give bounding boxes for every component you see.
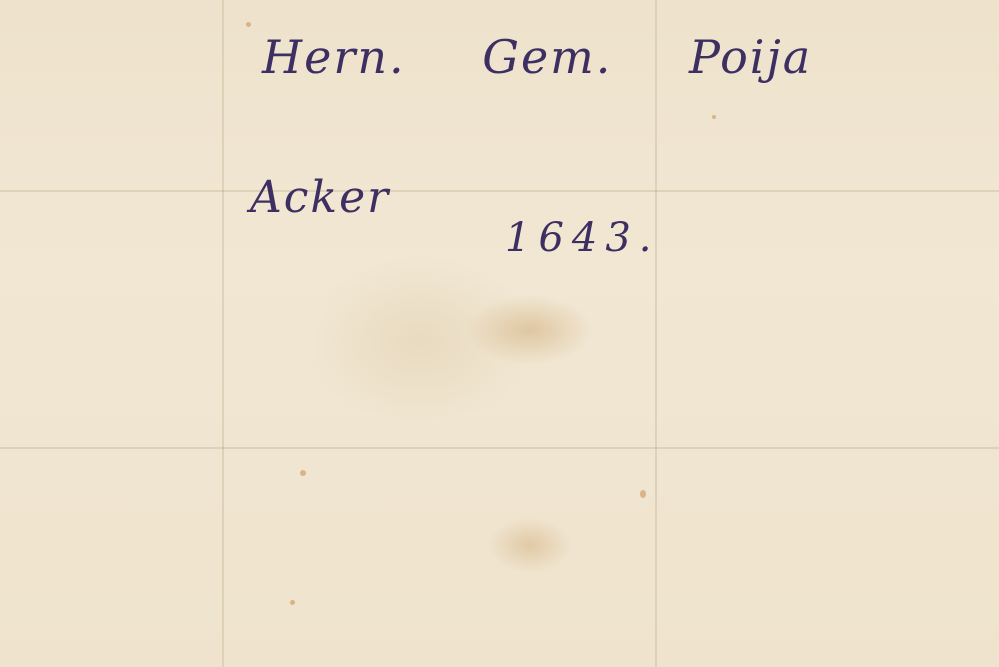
number-line: 1643. xyxy=(505,215,660,261)
fold-line xyxy=(0,447,999,449)
fold-line xyxy=(222,0,224,667)
stain-spot xyxy=(300,470,306,476)
stain-spot xyxy=(640,490,646,498)
fold-line xyxy=(0,190,999,192)
stain-spot xyxy=(712,115,716,119)
recipient-name: Hern. Gem. Poija xyxy=(262,30,812,84)
fold-line xyxy=(655,0,657,667)
paper-background xyxy=(0,0,999,667)
recipient-place: Acker xyxy=(250,172,390,223)
stain-spot xyxy=(290,600,295,605)
stain-spot xyxy=(246,22,251,27)
